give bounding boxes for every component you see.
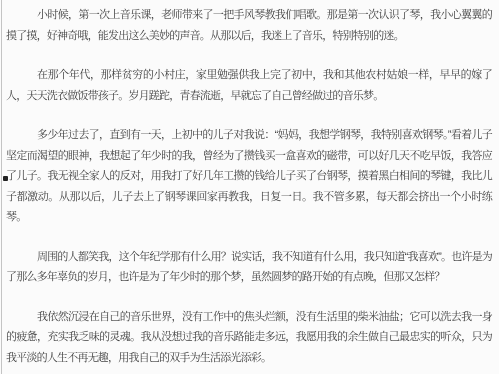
essay-text-block: 小时候，第一次上音乐课，老师带来了一把手风琴教我们唱歌。那是第一次认识了琴，我小… — [6, 5, 492, 368]
paragraph-5: 我依然沉浸在自己的音乐世界，没有工作中的焦头烂额，没有生活里的柴米油盐；它可以洗… — [6, 307, 492, 369]
document-page: 小时候，第一次上音乐课，老师带来了一把手风琴教我们唱歌。那是第一次认识了琴，我小… — [0, 0, 499, 374]
paragraph-3: 多少年过去了，直到有一天，上初中的儿子对我说：“妈妈，我想学钢琴，我特别喜欢钢琴… — [6, 125, 492, 228]
paragraph-1: 小时候，第一次上音乐课，老师带来了一把手风琴教我们唱歌。那是第一次认识了琴，我小… — [6, 5, 492, 46]
paragraph-2: 在那个年代，那样贫穷的小村庄，家里勉强供我上完了初中，我和其他农村姑娘一样，早早… — [6, 65, 492, 106]
left-border-line — [1, 0, 2, 374]
paragraph-4: 周围的人都笑我，这个年纪学那有什么用？说实话，我不知道有什么用，我只知道“我喜欢… — [6, 247, 492, 288]
